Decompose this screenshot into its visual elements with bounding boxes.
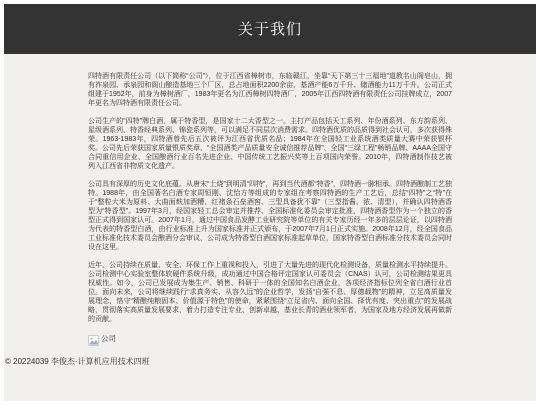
about-paragraph-2: 公司生产的“四特”牌白酒，属于特香型，是国家十二大香型之一。主打产品包括天工系列… [88,117,452,171]
about-paragraph-4: 近年，公司持续在质量、安全、环保工作上重视和投入，引进了大量先进的现代化检测设备… [88,261,452,324]
broken-image-icon [88,333,99,344]
page-header: 关于我们 [4,4,536,54]
page-footer: © 20224039 李俊杰·计算机应用技术四班 [4,356,536,367]
copyright-text: © 20224039 李俊杰·计算机应用技术四班 [5,357,150,366]
about-content: 四特酒有限责任公司（以下简称“公司”），位于江西省樟树市，东临赣江，坐靠“天下第… [88,72,452,324]
about-paragraph-3: 公司具有深厚的历史文化底蕴。从唐宋“土烧”到明清“四特”，再到当代酒都“特香”，… [88,180,452,252]
page-title: 关于我们 [238,21,302,38]
company-image-placeholder: 公司 [88,333,452,344]
company-image-alt-text: 公司 [101,333,116,344]
about-paragraph-1: 四特酒有限责任公司（以下简称“公司”），位于江西省樟树市，东临赣江，坐靠“天下第… [88,72,452,108]
